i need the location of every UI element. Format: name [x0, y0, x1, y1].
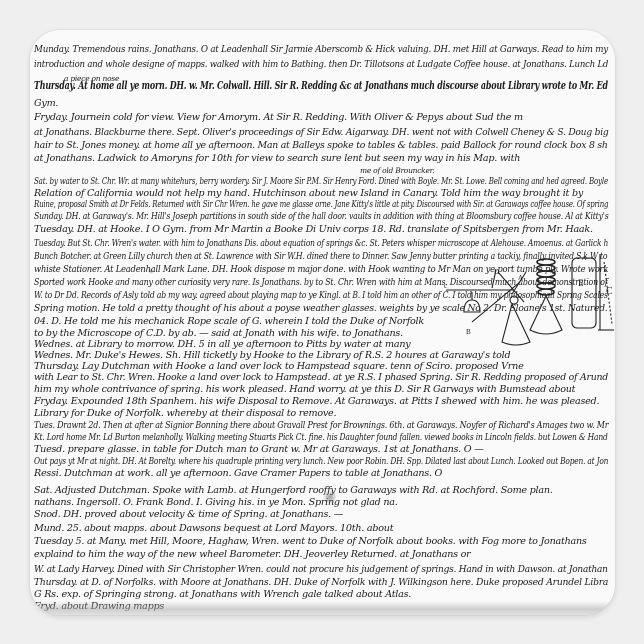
manuscript-line: Thursday. At home all ye morn. DH. w. Mr…	[34, 80, 608, 92]
manuscript-line: Out pays yt Mr at night. DH. At Borelty.…	[34, 456, 608, 468]
manuscript-line: Library for Duke of Norfolk. whereby at …	[34, 408, 336, 420]
manuscript-line: Tues. Drawnt 2d. Then at after at Signio…	[34, 420, 608, 432]
manuscript-line: introduction and whole designe of mapps.…	[34, 59, 608, 71]
manuscript-line: Snod. DH. proved about velocity & time o…	[34, 509, 343, 521]
square-sticker: Munday. Tremendous rains. Jonathans. O a…	[30, 30, 615, 615]
manuscript-line: G Rs. exp. of Springing strong. at Jonat…	[34, 589, 411, 601]
manuscript-line: Fryday. Journein cold for view. View for…	[34, 112, 523, 124]
manuscript-line: with Lear to St. Chr. Wren. Hooke a land…	[34, 372, 608, 384]
svg-text:B: B	[466, 328, 471, 336]
manuscript-line: Sunday. DH. at Garaway's. Mr. Hill's Jos…	[34, 211, 609, 223]
manuscript-line: Tuesday 5. at Many. met Hill, Moore, Hag…	[34, 536, 587, 548]
manuscript-line: Tuesday. DH. at Hooke. I O Gym. from Mr …	[34, 224, 593, 236]
manuscript-line: Ruine, proposal Smith at Dr Felds. Retur…	[34, 199, 608, 211]
svg-text:A: A	[582, 256, 587, 262]
manuscript-line: Gym.	[34, 98, 58, 110]
manuscript-line: W. at Lady Harvey. Dined with Sir Christ…	[34, 564, 608, 576]
manuscript-line: Mund. 25. about mapps. about Dawsons beq…	[34, 523, 393, 535]
manuscript-line: him my whole contrivance of spring. his …	[34, 384, 575, 396]
manuscript-line: explaind to him the way of the new wheel…	[34, 549, 471, 561]
ink-blot	[148, 268, 154, 274]
manuscript-line: Kt. Lord home Mr. Ld Burton melanholly. …	[34, 432, 608, 444]
manuscript-line: Fryd. about Drawing mapps	[34, 601, 164, 613]
svg-text:c: c	[444, 282, 447, 290]
svg-text:C: C	[606, 286, 613, 297]
manuscript-line: 04. D. He told me his mechanick Rope sca…	[34, 316, 424, 328]
manuscript-line: Fryday. Expounded 18th Spanhem. his wife…	[34, 396, 599, 408]
svg-text:E: E	[578, 278, 584, 288]
manuscript-line: hair to St. Jones money. at home all ye …	[34, 140, 608, 152]
spring-scale-sketch: c D A B E A C	[442, 252, 614, 372]
ink-blot	[323, 490, 337, 504]
manuscript-line: at Jonathans. Blackburne there. Sept. Ol…	[34, 127, 609, 139]
manuscript-line: nathans. Ingersoll. O. Frank Bond. I. Gi…	[34, 497, 398, 509]
manuscript-line: at Jonathans. Ladwick to Amoryns for 10t…	[34, 153, 520, 165]
manuscript-line: Thursday. at D. of Norfolks. with Moore …	[34, 577, 608, 589]
manuscript-line: Tuesd. prepare glasse. in table for Dutc…	[34, 444, 484, 456]
manuscript-line: Tuesday. But St. Chr. Wren's water. with…	[34, 238, 608, 250]
manuscript-line: Sat. by water to St. Chr. Wr. at many wh…	[34, 176, 608, 188]
manuscript-line: Ressi. Dutchman at work. all ye afternoo…	[34, 468, 442, 480]
manuscript-line: Sat. Adjusted Dutchman. Spoke with Lamb.…	[34, 485, 553, 497]
manuscript-line: Munday. Tremendous rains. Jonathans. O a…	[34, 44, 608, 56]
